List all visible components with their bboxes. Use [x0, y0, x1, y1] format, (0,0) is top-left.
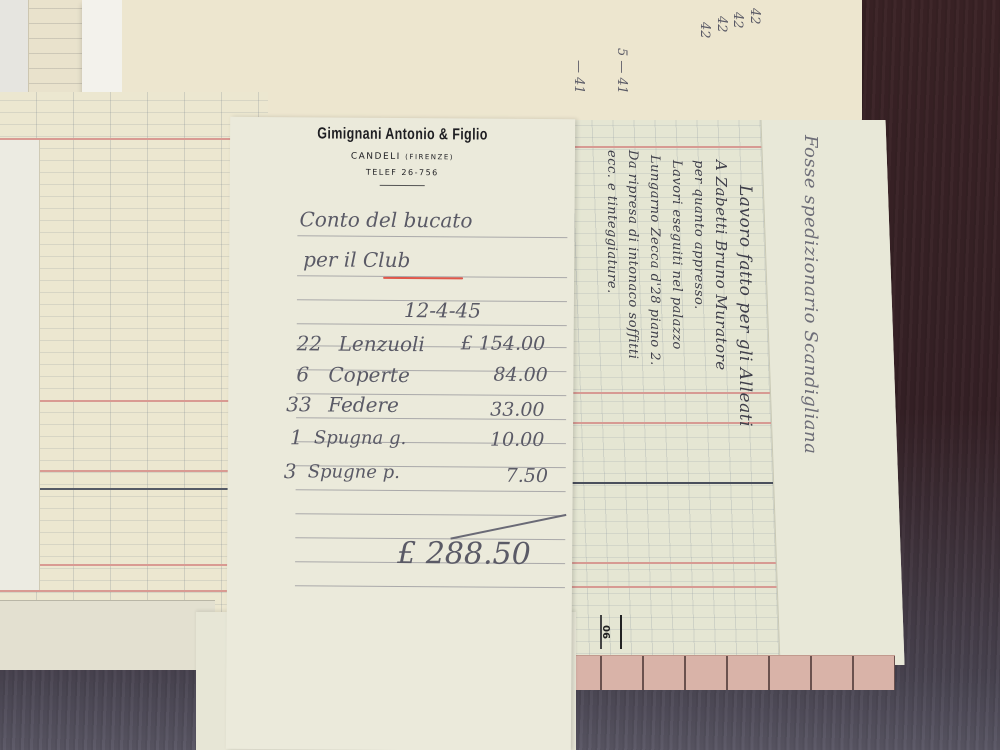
ledger-under-page — [0, 600, 215, 670]
red-underline — [383, 277, 463, 280]
ledger-red-rule — [0, 138, 268, 140]
item-qty: 6 — [296, 362, 309, 386]
company-name: Gimignani Antonio & Figlio — [268, 125, 537, 145]
item-qty: 3 — [284, 459, 297, 483]
right-page-heading: Lavoro fatto per gli Alleati — [735, 185, 755, 427]
right-page-line: Lungarno Zecca d'28 piano 2. — [647, 155, 662, 366]
top-note: 42 — [730, 12, 745, 29]
item-amount: 7.50 — [506, 465, 548, 487]
letterhead: Gimignani Antonio & Figlio CANDELI (FIRE… — [230, 125, 575, 187]
invoice-subtitle: per il Club — [303, 247, 410, 272]
ledger-binding-strip — [0, 140, 40, 590]
top-note: 42 — [747, 8, 762, 25]
ledger-margin — [760, 120, 904, 665]
item-name: Spugna g. — [314, 427, 406, 449]
top-note: 5 — 41 — [614, 48, 629, 94]
margin-note: Fosse spedizionario Scandigliana — [800, 135, 821, 454]
ledger-black-rule — [563, 482, 773, 484]
right-page-line: A Zabetti Bruno Muratore — [712, 160, 730, 371]
right-page-line: per quanto appresso. — [691, 160, 706, 310]
right-page-line: Lavori eseguiti nel palazzo — [669, 160, 684, 350]
laundry-invoice: Gimignani Antonio & Figlio CANDELI (FIRE… — [226, 117, 575, 750]
ledger-red-rule — [567, 586, 777, 588]
item-amount: 84.00 — [493, 364, 548, 386]
item-qty: 1 — [290, 425, 303, 449]
top-note: — 41 — [571, 60, 586, 94]
top-note: 42 — [714, 16, 729, 33]
item-qty: 22 — [297, 331, 323, 355]
item-name: Lenzuoli — [339, 332, 425, 357]
ledger-red-rule — [551, 146, 761, 148]
item-amount: 10.00 — [490, 429, 545, 451]
invoice-date: 12-4-45 — [404, 298, 481, 323]
top-note: 42 — [697, 22, 712, 39]
company-town: CANDELI (FIRENZE) — [230, 151, 575, 163]
item-qty: 33 — [286, 392, 312, 416]
item-amount: £ 154.00 — [461, 332, 546, 355]
item-name: Coperte — [328, 362, 410, 387]
invoice-title: Conto del bucato — [299, 207, 472, 232]
letterhead-divider — [380, 185, 425, 186]
company-phone: TELEF 26-756 — [230, 167, 575, 178]
item-name: Spugne p. — [308, 461, 400, 483]
total-rule — [450, 514, 566, 539]
invoice-total: £ 288.50 — [397, 536, 531, 572]
item-name: Federe — [328, 392, 399, 416]
right-page-line: Da ripresa di intonaco soffitti — [625, 150, 640, 359]
item-amount: 33.00 — [490, 399, 545, 421]
ledger-red-rule — [566, 562, 776, 564]
ledger-pink-edge — [560, 655, 895, 690]
ledger-tab-number: 90 — [600, 615, 622, 649]
curled-page-lined — [28, 0, 88, 98]
right-page-line: ecc. e tinteggiature. — [604, 150, 619, 294]
company-province: (FIRENZE) — [405, 153, 454, 161]
